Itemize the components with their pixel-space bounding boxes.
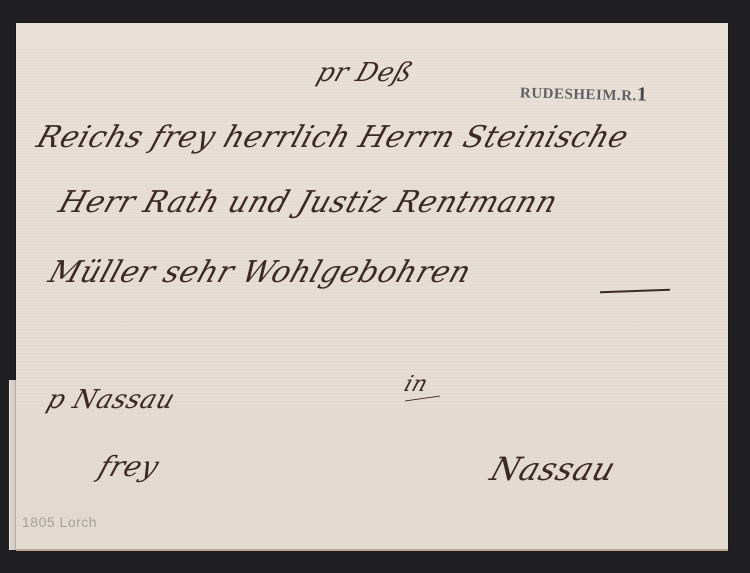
destination: Nassau <box>486 450 621 488</box>
address-line-1: Reichs frey herrlich Herrn Steinische <box>32 120 633 155</box>
routing-note: pr Deß <box>313 58 417 88</box>
rudesheim-postmark: RUDESHEIM.R.1 <box>520 80 648 106</box>
address-line-2: Herr Rath und Justiz Rentmann <box>54 185 562 220</box>
paper-bottom-edge <box>16 549 728 551</box>
lower-left-note-1: p Nassau <box>43 385 179 415</box>
pencil-annotation: 1805 Lorch <box>22 514 97 530</box>
lower-left-note-2: frey <box>95 450 164 483</box>
address-line-3: Müller sehr Wohlgebohren <box>44 255 475 290</box>
postmark-text: RUDESHEIM.R. <box>520 85 637 104</box>
postmark-number: 1 <box>637 83 648 105</box>
